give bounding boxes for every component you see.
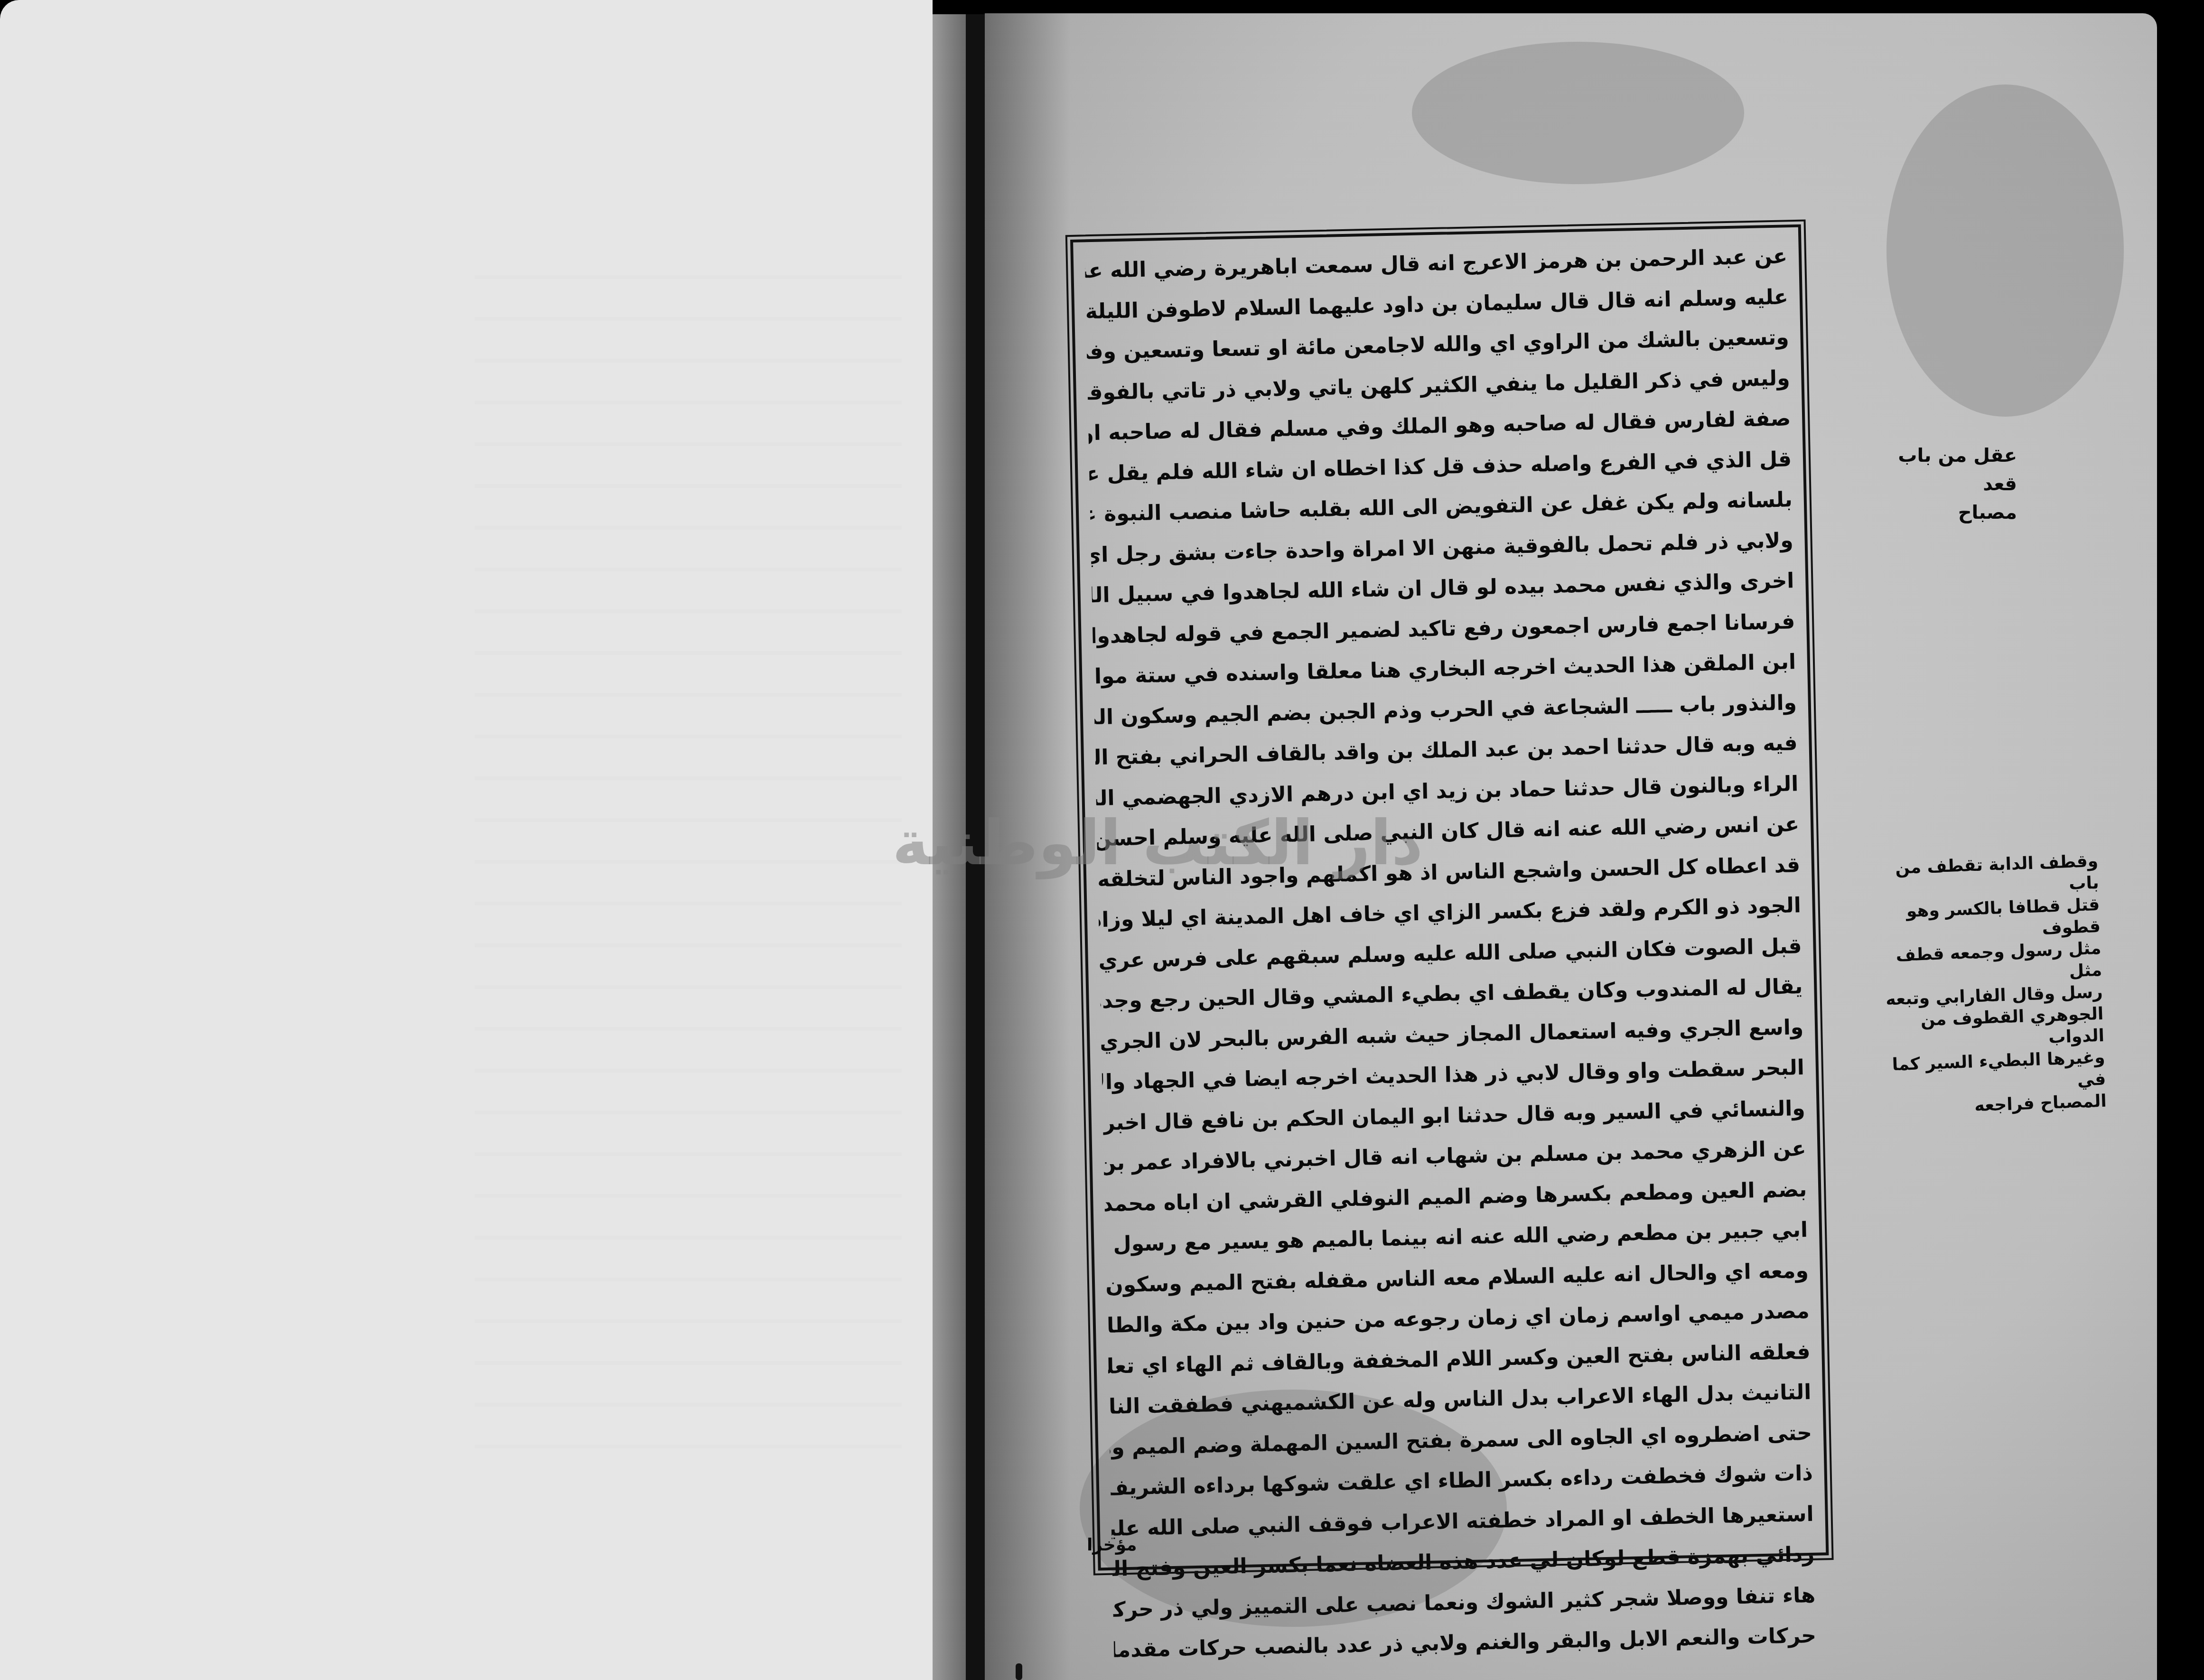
margin-note-upper: عقل من باب قعد مصباح: [1879, 441, 2017, 527]
margin-note-line: الجوهري القطوف من الدواب: [1880, 1003, 2105, 1055]
paper-stain: [1412, 42, 1744, 184]
margin-note-line: مصباح: [1879, 498, 2017, 527]
margin-note-line: وغيرها البطيء السير كما في: [1882, 1047, 2106, 1098]
margin-note-line: وقطف الدابة تقطف من باب: [1875, 850, 2100, 902]
main-text-block: عن عبد الرحمن بن هرمز الاعرج انه قال سمع…: [1070, 224, 1829, 1571]
margin-note-middle: وقطف الدابة تقطف من باب قتل قطافا بالكسر…: [1875, 850, 2107, 1120]
manuscript-scan: عن عبد الرحمن بن هرمز الاعرج انه قال سمع…: [0, 0, 2204, 1680]
margin-note-line: مثل رسول وجمعه قطف مثل: [1878, 938, 2102, 989]
paper-stain: [1886, 84, 2124, 417]
left-page-bleedthrough: [475, 237, 902, 1471]
spine-gutter-shadow: [966, 14, 985, 1680]
catchword: مؤخرا: [1087, 1535, 1137, 1555]
margin-note-line: عقل من باب قعد: [1879, 441, 2017, 498]
page-edge-mark: [1016, 1663, 1022, 1680]
margin-note-line: قتل قطافا بالكسر وهو قطوف: [1877, 894, 2101, 945]
spine-gutter-left: [933, 14, 966, 1680]
